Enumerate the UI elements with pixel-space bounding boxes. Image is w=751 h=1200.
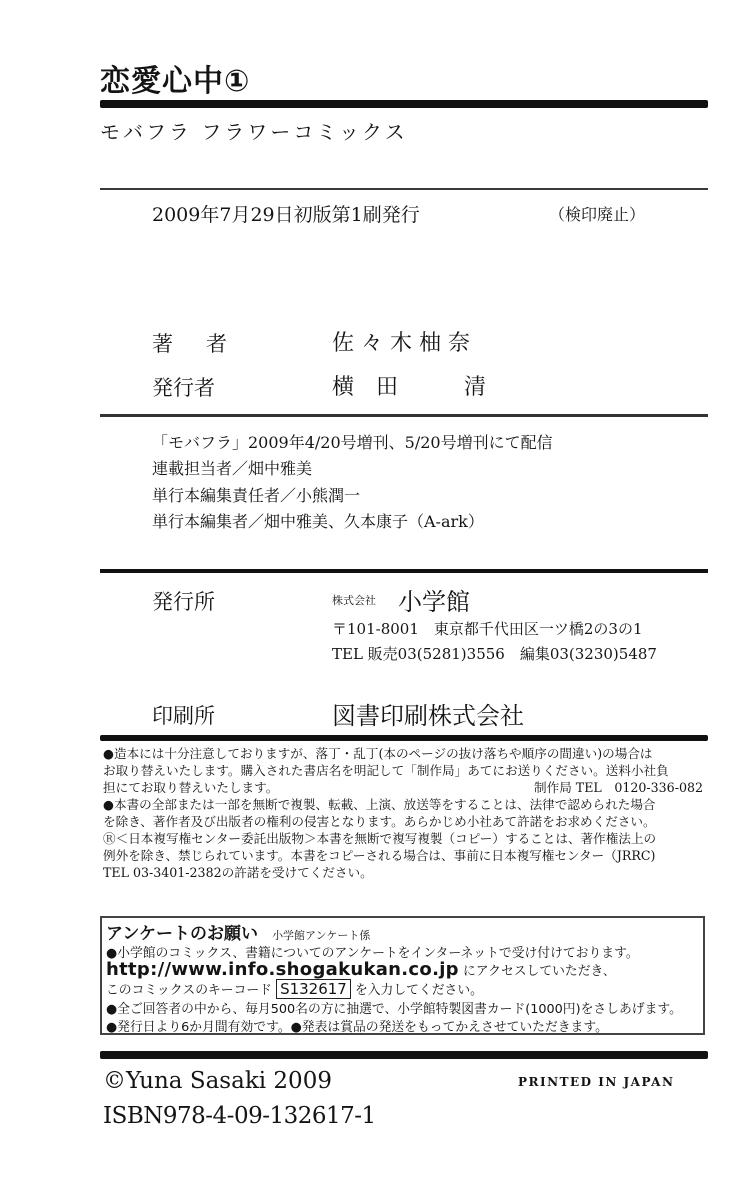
survey-url-link[interactable]: http://www.info.shogakukan.co.jp [106, 959, 459, 980]
publisher-name: 小学館 [398, 582, 470, 617]
printed-in-japan: PRINTED IN JAPAN [518, 1075, 674, 1089]
notice-line: Ⓡ＜日本複写権センター委託出版物＞本書を無断で複写複製（コピー）することは、著作… [103, 830, 656, 847]
printer-name: 図書印刷株式会社 [332, 696, 524, 731]
keycode-suffix: を入力してください。 [355, 983, 483, 998]
book-title: 恋愛心中① [100, 56, 250, 100]
notice-line: TEL 03-3401-2382の許諾を受けてください。 [103, 864, 373, 881]
divider-thin [100, 188, 708, 190]
divider-thick [100, 1051, 708, 1059]
credit-line: 単行本編集者／畑中雅美、久本康子（A-ark） [152, 509, 484, 532]
notice-line: 例外を除き、禁じられています。本書をコピーされる場合は、事前に日本複写権センター… [103, 847, 655, 864]
survey-department: 小学館アンケート係 [272, 929, 370, 942]
survey-line: ●全ご回答者の中から、毎月500名の方に抽選で、小学館特製図書カード(1000円… [106, 998, 682, 1017]
company-prefix: 株式会社 [332, 592, 376, 608]
notice-line: お取り替えいたします。購入された書店名を明記して「制作局」あてにお送りください。… [103, 762, 669, 779]
issuer-label: 発行者 [152, 372, 215, 402]
divider-thin [100, 414, 708, 417]
survey-keycode-row: このコミックスのキーコード S132617 を入力してください。 [106, 979, 483, 998]
imprint-label: モバフラ フラワーコミックス [100, 116, 408, 145]
survey-url-suffix: にアクセスしていただき、 [463, 964, 616, 979]
publisher-phone: TEL 販売03(5281)3556 編集03(3230)5487 [332, 643, 657, 664]
author-label: 著 者 [152, 328, 233, 358]
notice-line: ●本書の全部または一部を無断で複製、転載、上演、放送等をすることは、法律で認めら… [103, 796, 656, 813]
credit-line: 連載担当者／畑中雅美 [152, 456, 312, 479]
notice-line: ●造本には十分注意しておりますが、落丁・乱丁(本のページの抜け落ちや順序の間違い… [103, 745, 653, 762]
printer-label: 印刷所 [152, 700, 215, 730]
seal-note: （検印廃止） [549, 202, 645, 225]
keycode-box: S132617 [276, 979, 351, 999]
credit-line: 単行本編集責任者／小熊潤一 [152, 483, 360, 506]
divider-thick [100, 735, 708, 741]
survey-heading-row: アンケートのお願い 小学館アンケート係 [106, 919, 370, 944]
credit-line: 「モバフラ」2009年4/20号増刊、5/20号増刊にて配信 [152, 430, 553, 453]
divider-medium [100, 569, 708, 573]
survey-line: ●発行日より6か月間有効です。●発表は賞品の発送をもってかえさせていただきます。 [106, 1016, 608, 1035]
keycode-prefix: このコミックスのキーコード [106, 983, 272, 998]
survey-url-row: http://www.info.shogakukan.co.jp にアクセスして… [106, 959, 616, 980]
survey-heading: アンケートのお願い [106, 924, 258, 944]
author-name: 佐 々 木 柚 奈 [332, 326, 470, 357]
notice-line: を除き、著作者及び出版者の権利の侵害となります。あらかじめ小社あて許諾をお求めく… [103, 813, 656, 830]
issuer-name: 横 田 清 [332, 370, 486, 401]
publication-date: 2009年7月29日初版第1刷発行 [152, 200, 420, 227]
publisher-label: 発行所 [152, 586, 215, 616]
publisher-address: 〒101-8001 東京都千代田区一ツ橋2の3の1 [332, 618, 643, 639]
copyright: ©Yuna Sasaki 2009 [103, 1068, 332, 1094]
production-phone: 制作局 TEL 0120-336-082 [534, 779, 703, 796]
divider-thick [100, 100, 708, 108]
notice-line: 担にてお取り替えいたします。 [103, 779, 278, 796]
isbn: ISBN978-4-09-132617-1 [103, 1103, 376, 1129]
